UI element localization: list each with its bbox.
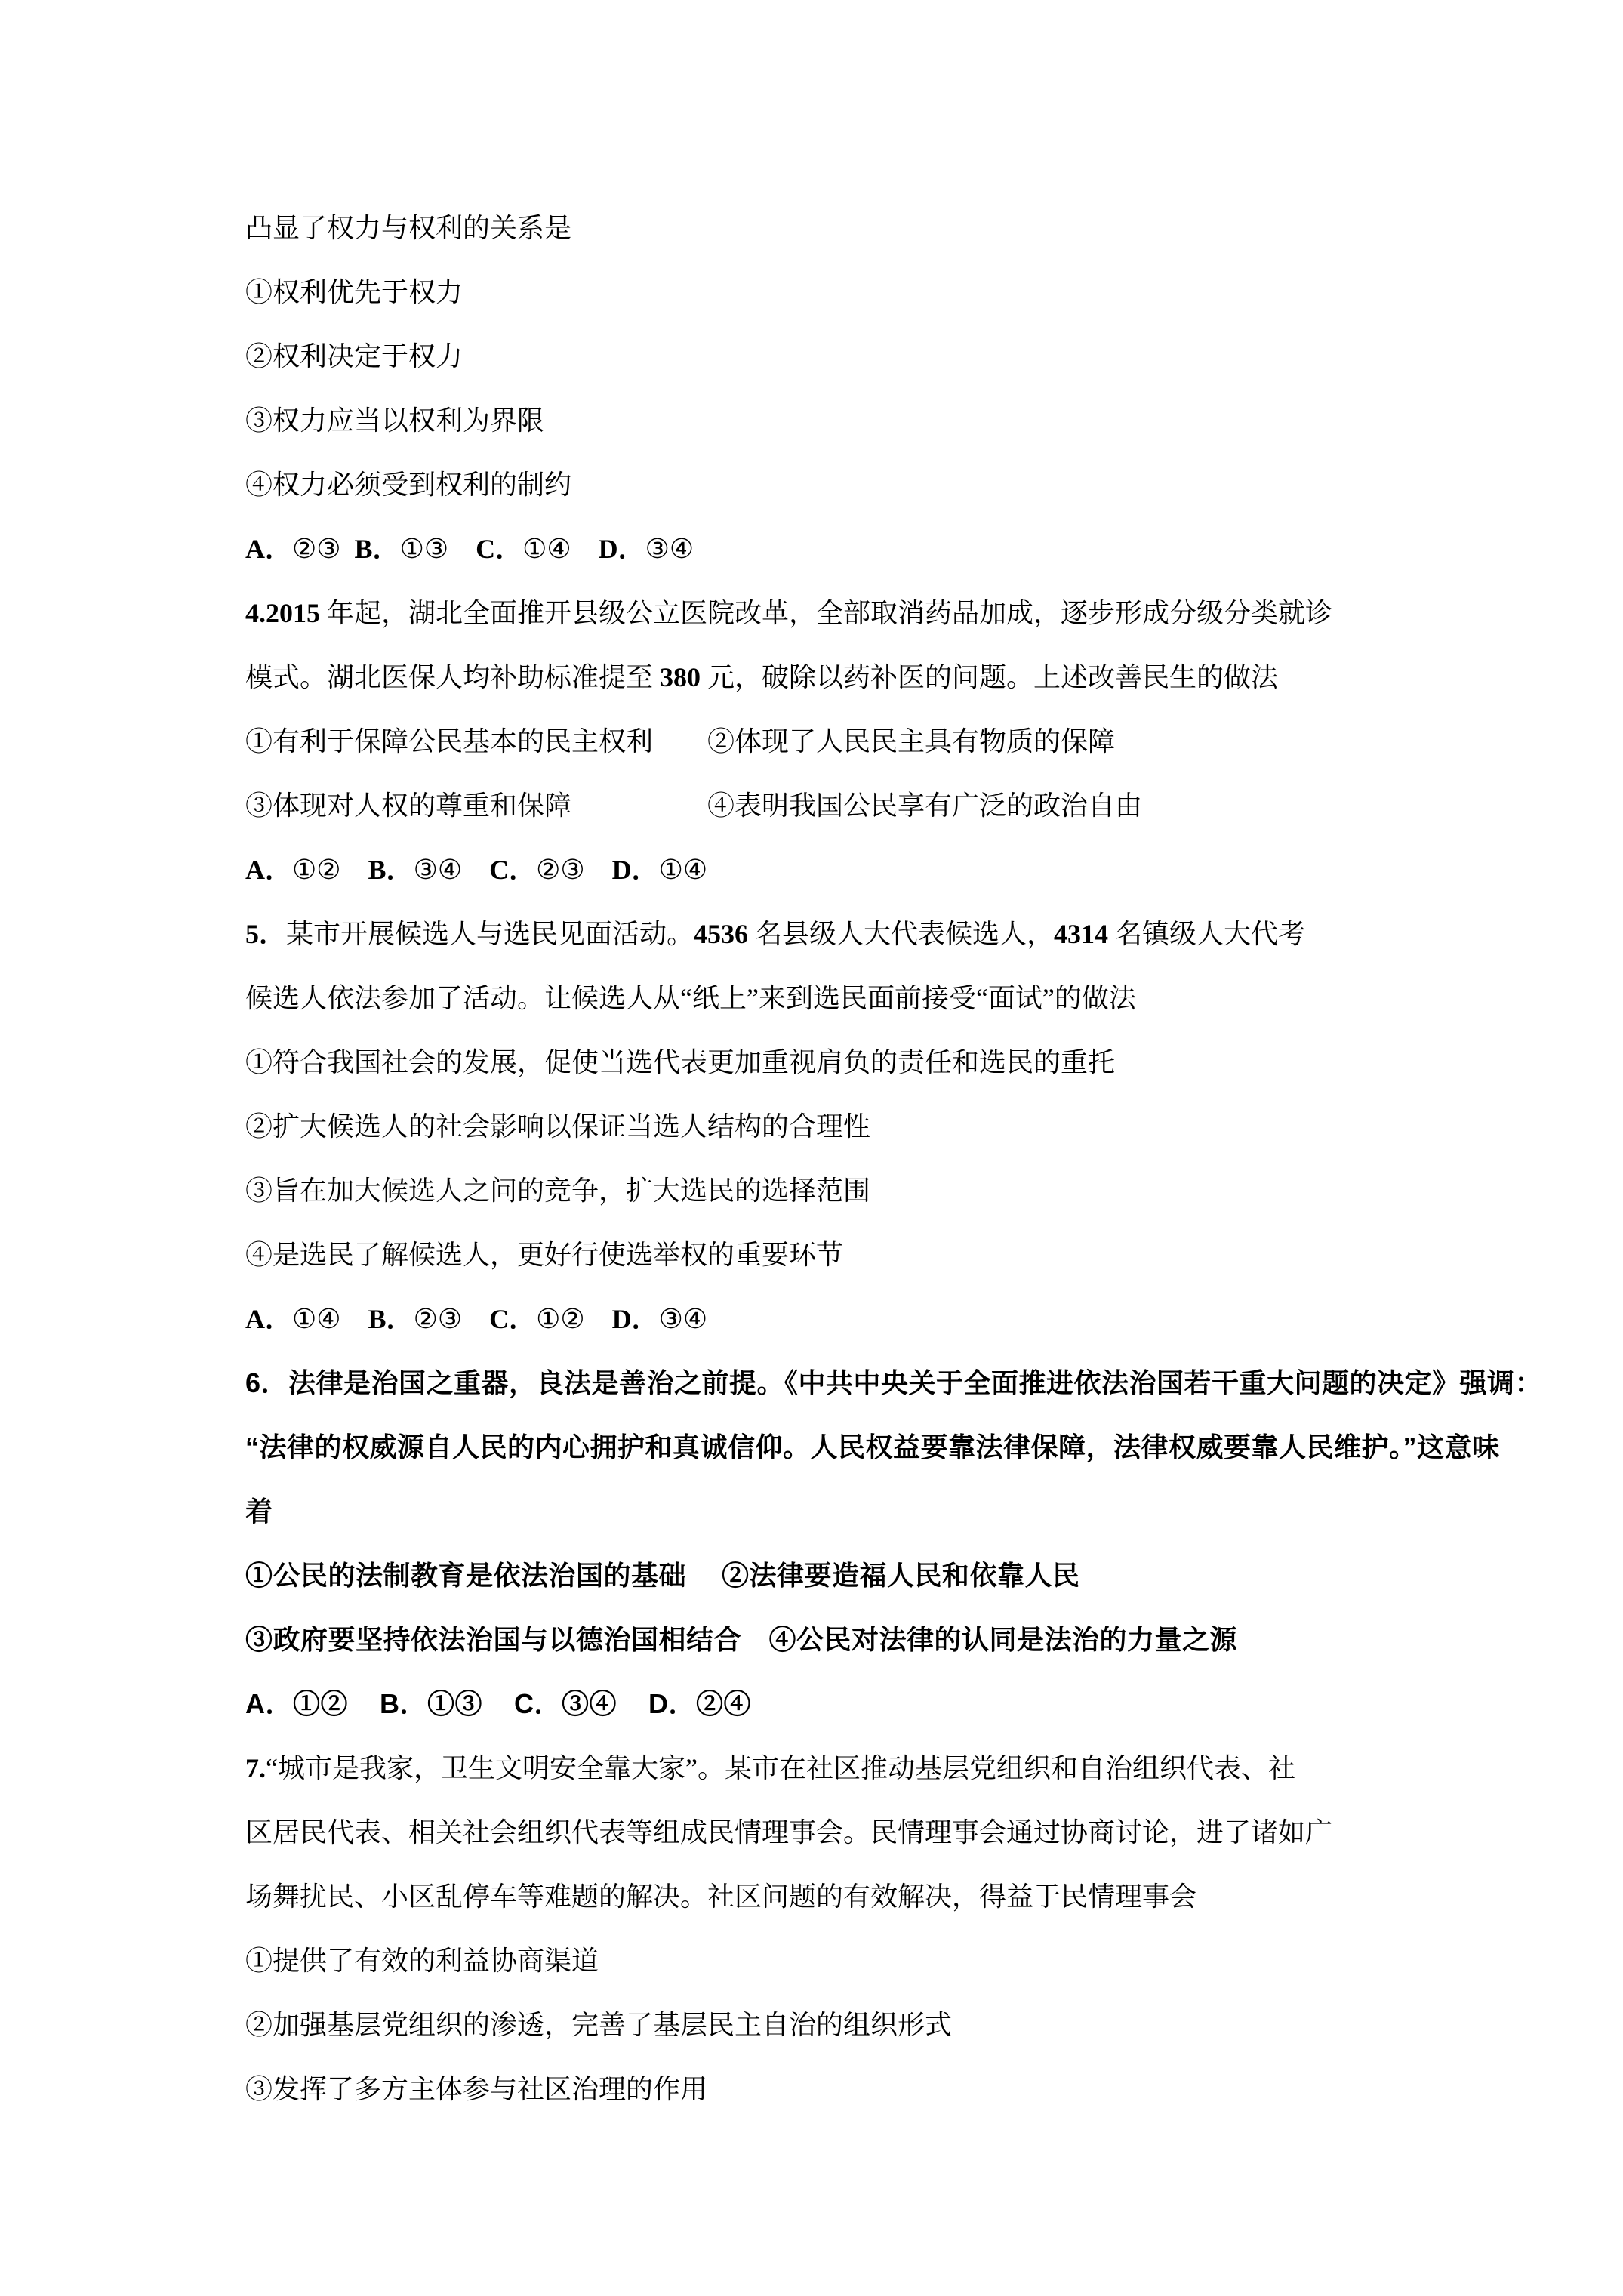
bold-text-segment: 4314: [1054, 919, 1108, 949]
text-segment: 场舞扰民、小区乱停车等难题的解决。社区问题的有效解决，得益于民情理事会: [245, 1881, 1196, 1912]
text-segment: 某市开展候选人与选民见面活动。: [286, 919, 694, 949]
text-segment: 凸显了权力与权利的关系是: [245, 213, 571, 243]
text-segment: ②加强基层党组织的渗透，完善了基层民主自治的组织形式: [245, 2010, 952, 2040]
text-segment: ④权力必须受到权利的制约: [245, 470, 571, 500]
bold-text-segment: D．: [612, 855, 659, 885]
q7-option-3: ③发挥了多方主体参与社区治理的作用: [245, 2071, 1621, 2135]
text-segment: 着: [245, 1496, 273, 1527]
text-segment: ①提供了有效的利益协商渠道: [245, 1946, 599, 1976]
bold-text-segment: C．: [489, 855, 536, 885]
q5-answer-choices: A．①④ B．②③ C．①② D．③④: [245, 1301, 1621, 1365]
text-segment: A．①② B．①③ C．③④ D．②④: [245, 1688, 751, 1719]
q6-answer-choices: A．①② B．①③ C．③④ D．②④: [245, 1686, 1621, 1750]
bold-text-segment: B．: [368, 855, 414, 885]
bold-text-segment: 380: [660, 662, 701, 692]
q4-answer-choices: A．①② B．③④ C．②③ D．①④: [245, 852, 1621, 916]
q3-answer-choices: A．②③ B．①③ C．①④ D．③④: [245, 531, 1621, 595]
text-segment: [341, 534, 355, 564]
text-segment: 年起，湖北全面推开县级公立医院改革，全部取消药品加成，逐步形成分级分类就诊: [320, 598, 1332, 628]
text-segment: ②扩大候选人的社会影响以保证当选人结构的合理性: [245, 1111, 870, 1142]
text-segment: [462, 855, 489, 885]
text-segment: ②③: [292, 534, 341, 564]
text-segment: [341, 1304, 368, 1334]
text-segment: ②③: [414, 1304, 463, 1334]
text-segment: 名县级人大代表候选人，: [748, 919, 1054, 949]
text-segment: [341, 855, 368, 885]
text-segment: ①④: [659, 855, 708, 885]
text-segment: ③体现对人权的尊重和保障: [245, 791, 571, 821]
text-segment: ②③: [536, 855, 585, 885]
q3-stem-tail: 凸显了权力与权利的关系是: [245, 210, 1621, 274]
bold-text-segment: D．: [612, 1304, 659, 1334]
q7-stem-line3: 场舞扰民、小区乱停车等难题的解决。社区问题的有效解决，得益于民情理事会: [245, 1878, 1621, 1943]
bold-text-segment: A．: [245, 855, 292, 885]
text-segment: ①②: [292, 855, 341, 885]
bold-text-segment: 4536: [694, 919, 748, 949]
text-segment: 名镇级人大代考: [1108, 919, 1305, 949]
text-segment: 区居民代表、相关社会组织代表等组成民情理事会。民情理事会通过协商讨论，进了诸如广: [245, 1817, 1332, 1848]
text-segment: ③④: [659, 1304, 708, 1334]
bold-text-segment: C．: [476, 534, 522, 564]
text-segment: 6．法律是治国之重器，良法是善治之前提。《中共中央关于全面推进依法治国若干重大问…: [245, 1367, 1542, 1398]
text-segment: ①公民的法制教育是依法治国的基础 ②法律要造福人民和依靠人民: [245, 1560, 1080, 1591]
q6-stem-line2: “法律的权威源自人民的内心拥护和真诚信仰。人民权益要靠法律保障，法律权威要靠人民…: [245, 1429, 1621, 1493]
bold-text-segment: A．: [245, 534, 292, 564]
text-segment: “法律的权威源自人民的内心拥护和真诚信仰。人民权益要靠法律保障，法律权威要靠人民…: [245, 1432, 1500, 1462]
text-segment: ①④: [522, 534, 571, 564]
bold-text-segment: 5．: [245, 919, 286, 949]
document-page: 凸显了权力与权利的关系是①权利优先于权力②权利决定于权力③权力应当以权利为界限④…: [0, 0, 1623, 2296]
document-lines: 凸显了权力与权利的关系是①权利优先于权力②权利决定于权力③权力应当以权利为界限④…: [245, 210, 1621, 2135]
text-segment: ③旨在加大候选人之问的竞争，扩大选民的选择范围: [245, 1176, 870, 1206]
text-segment: ③④: [414, 855, 463, 885]
q5-stem-line2: 候选人依法参加了活动。让候选人从“纸上”来到选民面前接受“面试”的做法: [245, 980, 1621, 1044]
q4-stem-line2: 模式。湖北医保人均补助标准提至 380 元，破除以药补医的问题。上述改善民生的做…: [245, 659, 1621, 723]
bold-text-segment: B．: [355, 534, 400, 564]
text-segment: ③发挥了多方主体参与社区治理的作用: [245, 2074, 707, 2104]
text-segment: ①符合我国社会的发展，促使当选代表更加重视肩负的责任和选民的重托: [245, 1047, 1115, 1077]
text-segment: ①②: [536, 1304, 585, 1334]
q6-stem-line1: 6．法律是治国之重器，良法是善治之前提。《中共中央关于全面推进依法治国若干重大问…: [245, 1365, 1621, 1429]
q6-options-34: ③政府要坚持依法治国与以德治国相结合 ④公民对法律的认同是法治的力量之源: [245, 1622, 1621, 1686]
text-segment: [571, 791, 707, 821]
bold-text-segment: C．: [489, 1304, 536, 1334]
text-segment: ①有利于保障公民基本的民主权利: [245, 726, 653, 757]
text-segment: “城市是我家，卫生文明安全靠大家”。某市在社区推动基层党组织和自治组织代表、社: [266, 1753, 1295, 1783]
text-segment: 候选人依法参加了活动。让候选人从“纸上”来到选民面前接受“面试”的做法: [245, 983, 1136, 1013]
text-segment: 元，破除以药补医的问题。上述改善民生的做法: [701, 662, 1278, 692]
text-segment: ①③: [400, 534, 449, 564]
text-segment: ②体现了人民民主具有物质的保障: [707, 726, 1115, 757]
text-segment: [571, 534, 599, 564]
q7-option-1: ①提供了有效的利益协商渠道: [245, 1943, 1621, 2007]
text-segment: ③④: [645, 534, 694, 564]
text-segment: ②权利决定于权力: [245, 341, 463, 371]
q7-option-2: ②加强基层党组织的渗透，完善了基层民主自治的组织形式: [245, 2007, 1621, 2071]
q3-option-2: ②权利决定于权力: [245, 338, 1621, 402]
bold-text-segment: 7.: [245, 1753, 266, 1783]
q4-options-34: ③体现对人权的尊重和保障 ④表明我国公民享有广泛的政治自由: [245, 787, 1621, 852]
q4-options-12: ①有利于保障公民基本的民主权利 ②体现了人民民主具有物质的保障: [245, 723, 1621, 787]
text-segment: ③政府要坚持依法治国与以德治国相结合 ④公民对法律的认同是法治的力量之源: [245, 1624, 1237, 1655]
text-segment: [462, 1304, 489, 1334]
text-segment: [585, 1304, 612, 1334]
text-segment: [448, 534, 476, 564]
text-segment: ③权力应当以权利为界限: [245, 405, 544, 436]
text-segment: [585, 855, 612, 885]
q3-option-1: ①权利优先于权力: [245, 274, 1621, 338]
q5-option-2: ②扩大候选人的社会影响以保证当选人结构的合理性: [245, 1108, 1621, 1173]
q5-option-3: ③旨在加大候选人之问的竞争，扩大选民的选择范围: [245, 1173, 1621, 1237]
q3-option-3: ③权力应当以权利为界限: [245, 402, 1621, 467]
q5-option-1: ①符合我国社会的发展，促使当选代表更加重视肩负的责任和选民的重托: [245, 1044, 1621, 1108]
text-segment: ①权利优先于权力: [245, 277, 463, 307]
bold-text-segment: D．: [599, 534, 645, 564]
text-segment: ④表明我国公民享有广泛的政治自由: [707, 791, 1142, 821]
q4-stem-line1: 4.2015 年起，湖北全面推开县级公立医院改革，全部取消药品加成，逐步形成分级…: [245, 595, 1621, 659]
q7-stem-line2: 区居民代表、相关社会组织代表等组成民情理事会。民情理事会通过协商讨论，进了诸如广: [245, 1814, 1621, 1878]
text-segment: 模式。湖北医保人均补助标准提至: [245, 662, 660, 692]
q3-option-4: ④权力必须受到权利的制约: [245, 467, 1621, 531]
q6-stem-line3: 着: [245, 1493, 1621, 1558]
text-segment: [653, 726, 707, 757]
q5-option-4: ④是选民了解候选人，更好行使选举权的重要环节: [245, 1237, 1621, 1301]
q7-stem-line1: 7.“城市是我家，卫生文明安全靠大家”。某市在社区推动基层党组织和自治组织代表、…: [245, 1750, 1621, 1814]
text-segment: ④是选民了解候选人，更好行使选举权的重要环节: [245, 1240, 843, 1270]
q6-options-12: ①公民的法制教育是依法治国的基础 ②法律要造福人民和依靠人民: [245, 1558, 1621, 1622]
q5-stem-line1: 5．某市开展候选人与选民见面活动。4536 名县级人大代表候选人，4314 名镇…: [245, 916, 1621, 980]
bold-text-segment: B．: [368, 1304, 414, 1334]
bold-text-segment: 4.2015: [245, 598, 320, 628]
text-segment: ①④: [292, 1304, 341, 1334]
bold-text-segment: A．: [245, 1304, 292, 1334]
